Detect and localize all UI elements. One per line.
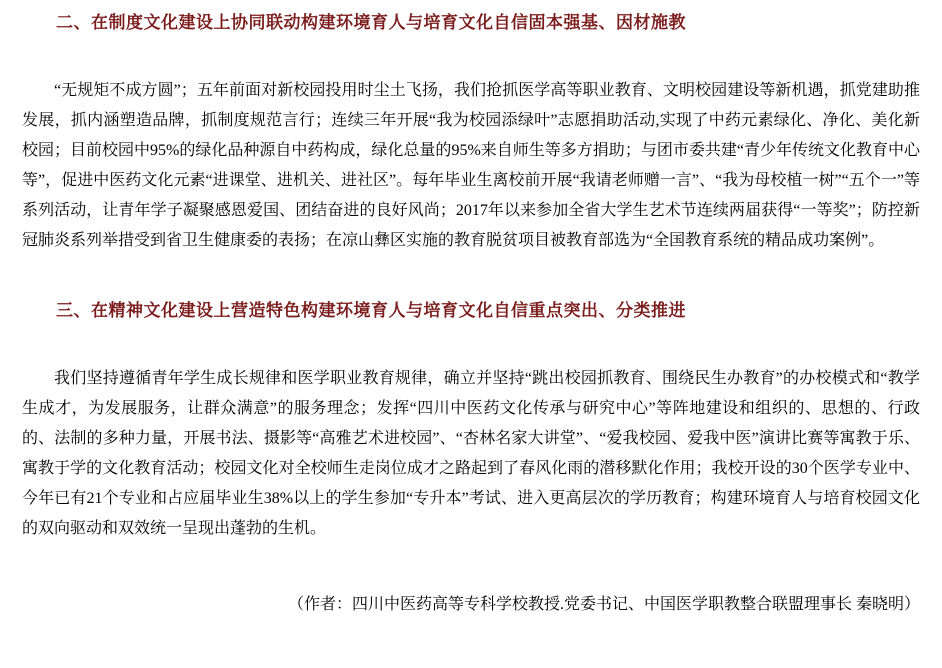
author-attribution: （作者：四川中医药高等专科学校教授.党委书记、中国医学职教整合联盟理事长 秦晓明… bbox=[22, 594, 920, 616]
paragraph-institutional-culture: “无规矩不成方圆”；五年前面对新校园投用时尘土飞扬，我们抢抓医学高等职业教育、文… bbox=[22, 76, 920, 256]
article-page: 二、在制度文化建设上协同联动构建环境育人与培育文化自信固本强基、因材施教 “无规… bbox=[0, 0, 942, 668]
paragraph-spiritual-culture: 我们坚持遵循青年学生成长规律和医学职业教育规律，确立并坚持“跳出校园抓教育、围绕… bbox=[22, 364, 920, 544]
section-heading-institutional-culture: 二、在制度文化建设上协同联动构建环境育人与培育文化自信固本强基、因材施教 bbox=[22, 12, 920, 34]
section-heading-spiritual-culture: 三、在精神文化建设上营造特色构建环境育人与培育文化自信重点突出、分类推进 bbox=[22, 300, 920, 322]
